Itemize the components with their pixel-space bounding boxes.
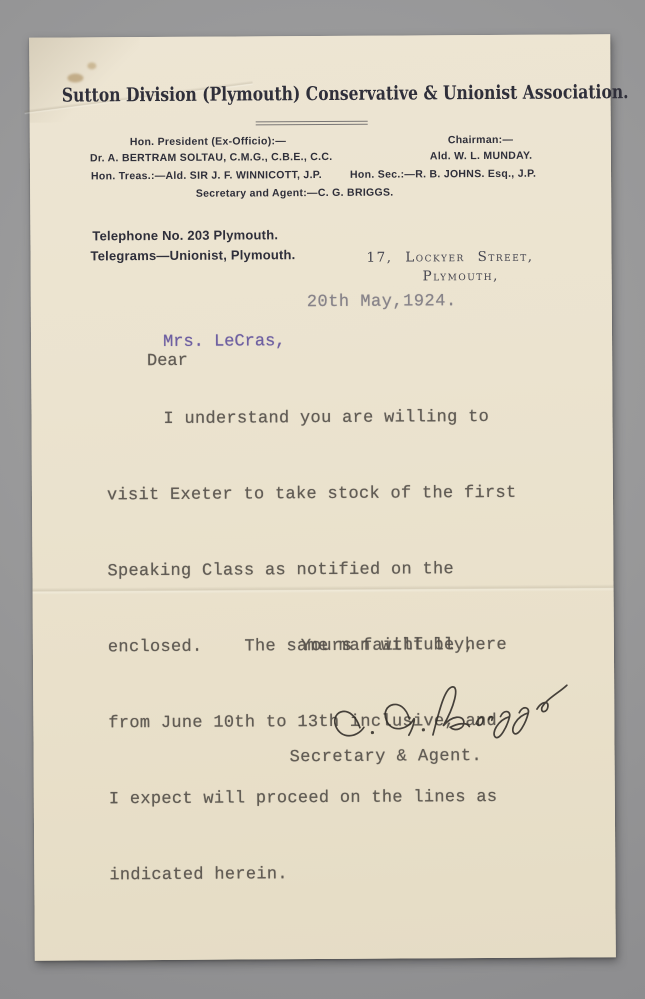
paper-stain bbox=[67, 73, 83, 82]
address-line-1: 17, Lockyer Street, bbox=[366, 249, 533, 266]
signature-stroke bbox=[384, 703, 415, 737]
signature-dot bbox=[371, 731, 374, 734]
letter-date: 20th May,1924. bbox=[307, 292, 457, 312]
president-name: Dr. A. BERTRAM SOLTAU, C.M.G., C.B.E., C… bbox=[90, 151, 333, 164]
double-rule-divider bbox=[256, 121, 368, 128]
signature-stroke bbox=[476, 717, 484, 725]
chairman-label: Chairman:— bbox=[448, 134, 514, 146]
signer-title: Secretary & Agent. bbox=[290, 747, 483, 767]
scan-background: { "colors": { "background": "#98989a", "… bbox=[0, 0, 645, 999]
body-line: indicated herein. bbox=[109, 855, 519, 896]
signature-stroke bbox=[511, 707, 531, 734]
body-line: visit Exeter to take stock of the first bbox=[107, 475, 517, 516]
secretary-agent-name: Secretary and Agent:—C. G. BRIGGS. bbox=[4, 185, 585, 201]
telegrams-line: Telegrams—Unionist, Plymouth. bbox=[90, 247, 295, 263]
hon-secretary-name: Hon. Sec.:—R. B. JOHNS. Esq., J.P. bbox=[350, 168, 536, 181]
letter-page: Sutton Division (Plymouth) Conservative … bbox=[29, 34, 616, 961]
president-label: Hon. President (Ex-Officio):— bbox=[130, 135, 286, 148]
signature-stroke bbox=[334, 710, 365, 737]
association-title: Sutton Division (Plymouth) Conservative … bbox=[62, 82, 539, 107]
paper-stain bbox=[87, 62, 96, 69]
chairman-name: Ald. W. L. MUNDAY. bbox=[430, 150, 533, 163]
body-line: I expect will proceed on the lines as bbox=[109, 779, 519, 820]
signature-stroke bbox=[489, 717, 493, 721]
valediction: Yours faithfully, bbox=[301, 636, 475, 656]
signature-stroke bbox=[492, 711, 512, 738]
signature-dot bbox=[422, 728, 425, 731]
treasurer-name: Hon. Treas.:—Ald. SIR J. F. WINNICOTT, J… bbox=[91, 169, 322, 182]
body-line: I understand you are willing to bbox=[106, 399, 516, 440]
body-line: Speaking Class as notified on the bbox=[107, 551, 517, 592]
telephone-line: Telephone No. 203 Plymouth. bbox=[92, 227, 278, 243]
signature-stroke bbox=[535, 685, 569, 712]
address-line-2: Plymouth, bbox=[423, 268, 499, 284]
recipient-name: Mrs. LeCras, bbox=[163, 332, 286, 352]
rule-line bbox=[256, 124, 368, 128]
signature-stroke bbox=[429, 686, 470, 735]
